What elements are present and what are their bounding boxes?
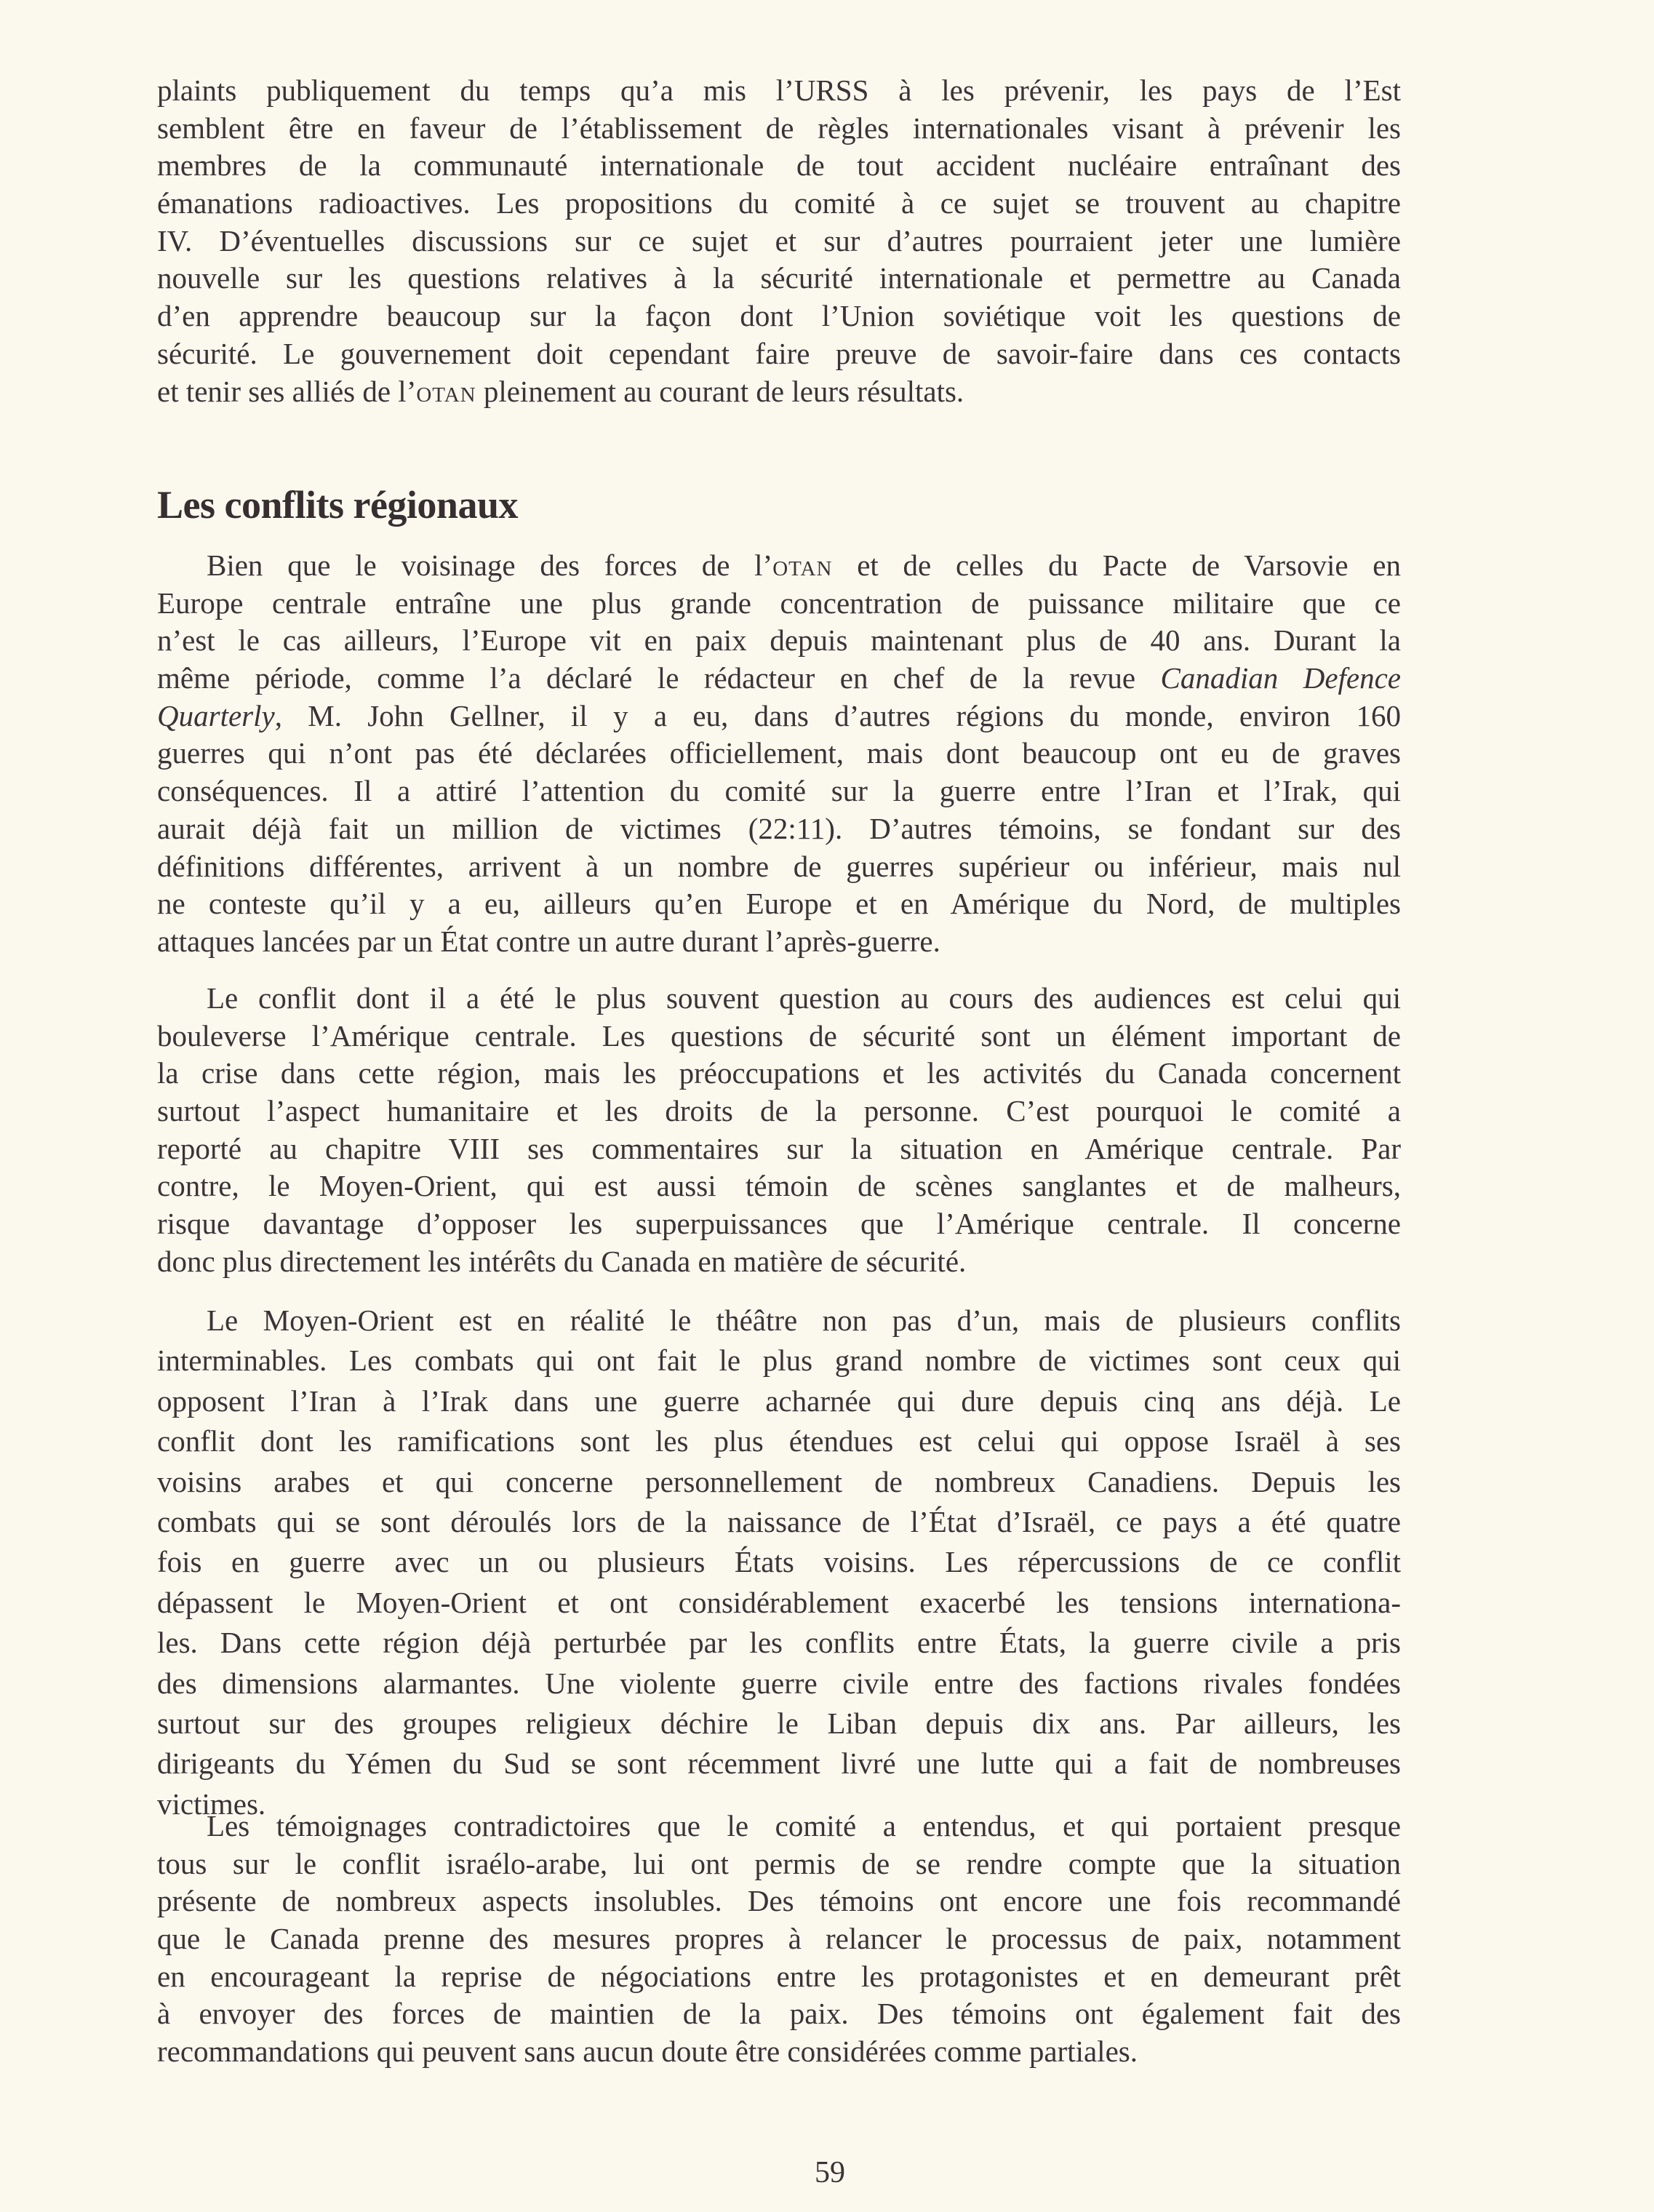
text-line: Bien que le voisinage des forces de l’ot…	[157, 547, 1401, 585]
text-line: Europe centrale entraîne une plus grande…	[157, 585, 1401, 623]
text-line: surtout l’aspect humanitaire et les droi…	[157, 1093, 1401, 1130]
text-line: Le Moyen-Orient est en réalité le théâtr…	[157, 1301, 1401, 1341]
text-line: présente de nombreux aspects insolubles.…	[157, 1882, 1401, 1920]
text-line: interminables. Les combats qui ont fait …	[157, 1341, 1401, 1381]
text-line: tous sur le conflit israélo-arabe, lui o…	[157, 1845, 1401, 1883]
text-line: des dimensions alarmantes. Une violente …	[157, 1664, 1401, 1704]
text-line: aurait déjà fait un million de victimes …	[157, 810, 1401, 848]
text-line: Quarterly, M. John Gellner, il y a eu, d…	[157, 698, 1401, 735]
text-line: Le conflit dont il a été le plus souvent…	[157, 980, 1401, 1018]
text-line: nouvelle sur les questions relatives à l…	[157, 260, 1401, 298]
text-line: recommandations qui peuvent sans aucun d…	[157, 2033, 1401, 2071]
page-number: 59	[0, 2155, 1654, 2191]
text-line: voisins arabes et qui concerne personnel…	[157, 1462, 1401, 1502]
text-line: risque davantage d’opposer les superpuis…	[157, 1205, 1401, 1243]
text-line: les. Dans cette région déjà perturbée pa…	[157, 1623, 1401, 1663]
paragraph-5: Les témoignages contradictoires que le c…	[157, 1808, 1401, 2071]
paragraph-3: Le conflit dont il a été le plus souvent…	[157, 980, 1401, 1281]
text-line: combats qui se sont déroulés lors de la …	[157, 1502, 1401, 1542]
text-line: opposent l’Iran à l’Irak dans une guerre…	[157, 1381, 1401, 1421]
text-line: Les témoignages contradictoires que le c…	[157, 1808, 1401, 1845]
text-line: n’est le cas ailleurs, l’Europe vit en p…	[157, 622, 1401, 660]
text-line: donc plus directement les intérêts du Ca…	[157, 1243, 1401, 1281]
document-page: plaints publiquement du temps qu’a mis l…	[0, 0, 1654, 2212]
text-line: conséquences. Il a attiré l’attention du…	[157, 772, 1401, 810]
text-line: dirigeants du Yémen du Sud se sont récem…	[157, 1744, 1401, 1784]
text-line: plaints publiquement du temps qu’a mis l…	[157, 72, 1401, 110]
paragraph-4: Le Moyen-Orient est en réalité le théâtr…	[157, 1301, 1401, 1824]
section-heading: Les conflits régionaux	[157, 483, 518, 527]
text-line: en encourageant la reprise de négociatio…	[157, 1958, 1401, 1996]
text-line: d’en apprendre beaucoup sur la façon don…	[157, 298, 1401, 335]
text-line: la crise dans cette région, mais les pré…	[157, 1055, 1401, 1093]
text-line: bouleverse l’Amérique centrale. Les ques…	[157, 1018, 1401, 1055]
text-line: conflit dont les ramifications sont les …	[157, 1421, 1401, 1461]
paragraph-2: Bien que le voisinage des forces de l’ot…	[157, 547, 1401, 961]
text-line: guerres qui n’ont pas été déclarées offi…	[157, 735, 1401, 772]
text-line: membres de la communauté internationale …	[157, 147, 1401, 185]
text-line: attaques lancées par un État contre un a…	[157, 923, 1401, 961]
text-line: semblent être en faveur de l’établisseme…	[157, 110, 1401, 148]
text-line: et tenir ses alliés de l’otan pleinement…	[157, 373, 1401, 411]
text-line: définitions différentes, arrivent à un n…	[157, 848, 1401, 886]
text-line: dépassent le Moyen-Orient et ont considé…	[157, 1583, 1401, 1623]
text-line: que le Canada prenne des mesures propres…	[157, 1920, 1401, 1958]
text-line: contre, le Moyen-Orient, qui est aussi t…	[157, 1167, 1401, 1205]
text-line: reporté au chapitre VIII ses commentaire…	[157, 1130, 1401, 1168]
text-line: sécurité. Le gouvernement doit cependant…	[157, 335, 1401, 373]
text-line: émanations radioactives. Les proposition…	[157, 185, 1401, 223]
text-line: même période, comme l’a déclaré le rédac…	[157, 660, 1401, 698]
text-line: surtout sur des groupes religieux déchir…	[157, 1704, 1401, 1744]
text-line: ne conteste qu’il y a eu, ailleurs qu’en…	[157, 885, 1401, 923]
paragraph-1: plaints publiquement du temps qu’a mis l…	[157, 72, 1401, 410]
text-line: fois en guerre avec un ou plusieurs État…	[157, 1542, 1401, 1582]
text-line: IV. D’éventuelles discussions sur ce suj…	[157, 223, 1401, 260]
text-line: à envoyer des forces de maintien de la p…	[157, 1995, 1401, 2033]
